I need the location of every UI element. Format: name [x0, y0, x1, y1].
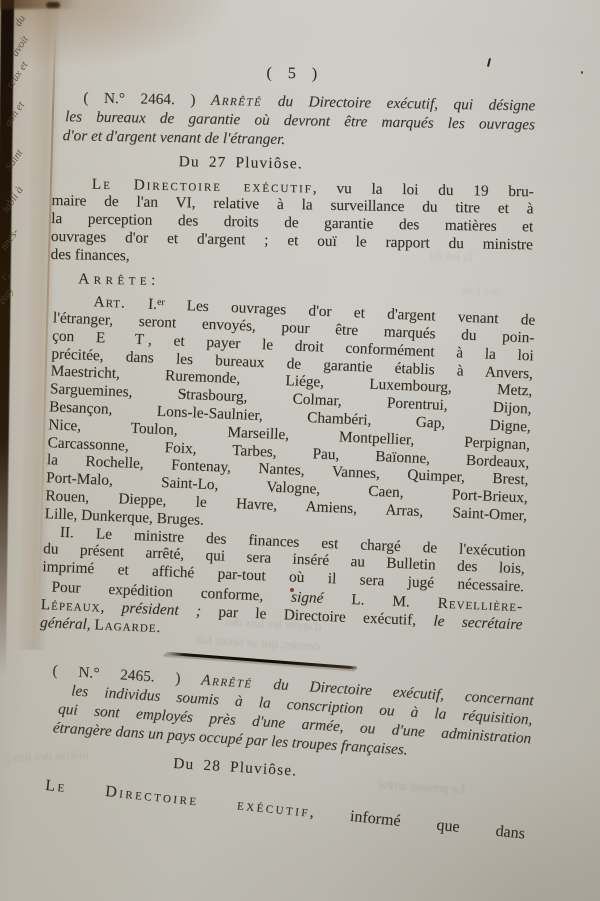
signature-signe: signé: [291, 589, 324, 607]
book-page-photo: du avoit reux et aon et Saint tabli à nn…: [0, 0, 600, 901]
signature-sep: ,: [100, 599, 122, 617]
arrete-label: Arrête:: [50, 269, 532, 295]
article1-lead: Art.: [93, 294, 126, 312]
section-divider-rule: [166, 652, 358, 670]
decree-2465-body-rest: , informé que dans: [309, 803, 526, 842]
ink-speck: [46, 2, 60, 8]
decree-2465-section: ( N.° 2465. ) Arrêté du Directoire exécu…: [45, 646, 535, 825]
signature-secretaire: le secrétaire: [433, 613, 523, 634]
signature-lagarde: Lagarde: [94, 616, 157, 636]
signature-period: .: [156, 619, 161, 636]
decree-2464-dateline: Du 27 Pluviôse.: [52, 151, 429, 175]
ink-speck: [581, 71, 583, 74]
decree-2464-number: ( N.° 2464. ): [83, 89, 195, 108]
article1-num: I.: [125, 295, 157, 313]
decree-2464-title-word: Arrêté: [211, 91, 263, 109]
facing-page-fragment: du: [12, 13, 28, 29]
poincon-letters: E T: [96, 329, 149, 348]
decree-2465-body-line1: Le Directoire exécutif, informé que dans: [44, 776, 525, 842]
directoire-lead: Le Directoire exécutif: [44, 776, 310, 820]
page-content: ( 5 ) ( N.° 2464. ) Arrêté du Directoire…: [54, 62, 536, 796]
decree-2465-title-word: Arrêté: [201, 671, 253, 691]
top-edge-smear: [0, 0, 76, 9]
book-gutter-shadow: [0, 0, 14, 676]
decree-2464-section: ( 5 ) ( N.° 2464. ) Arrêté du Directoire…: [50, 61, 536, 296]
signature-general: général,: [40, 614, 95, 633]
signature-lepeaux: Lépeaux: [41, 596, 101, 615]
page-number: ( 5 ): [54, 61, 536, 87]
article1-line3-a: çon: [52, 328, 97, 347]
decree-2464-articles: Art. I.er Les ouvrages d'or et d'argent …: [40, 291, 536, 652]
facing-page-fragment: étay: [0, 285, 16, 307]
